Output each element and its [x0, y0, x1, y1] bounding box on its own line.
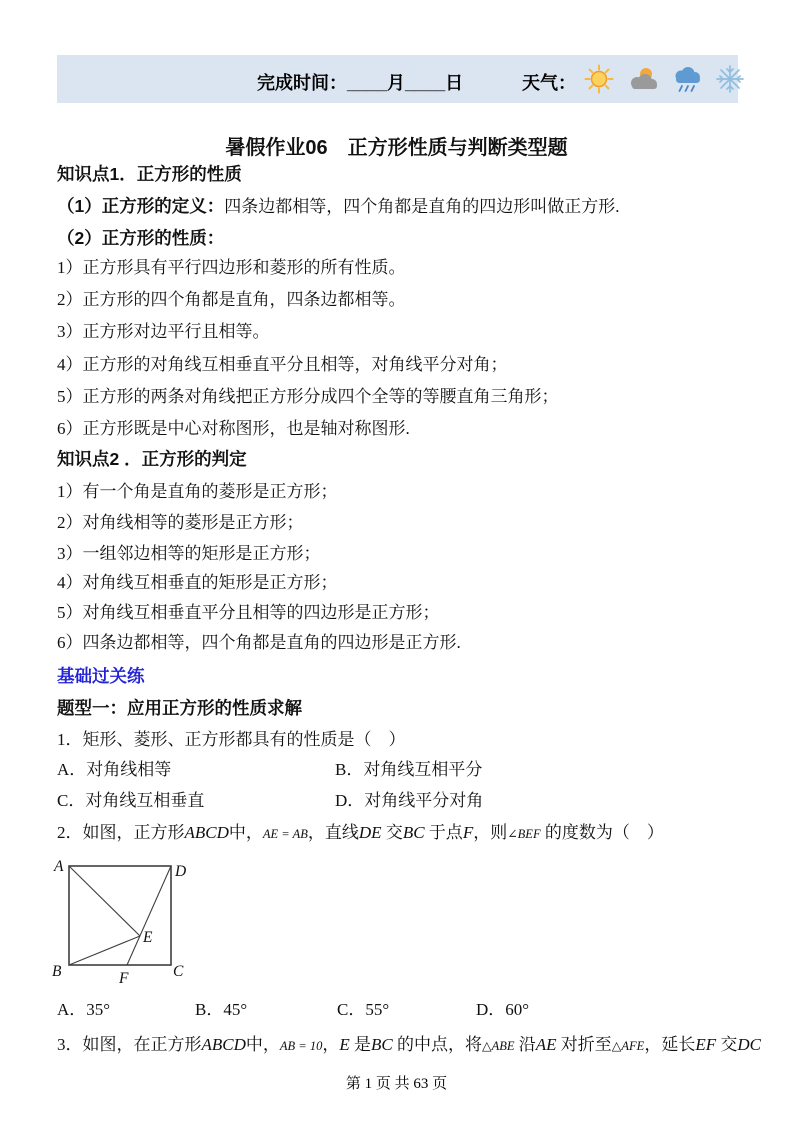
option-c: C．对角线互相垂直 — [57, 791, 204, 811]
property-item: 1）正方形具有平行四边形和菱形的所有性质。 — [57, 258, 406, 278]
definition-text: 四条边都相等，四个角都是直角的四边形叫做正方形. — [224, 197, 619, 216]
property-item: 3）正方形对边平行且相等。 — [57, 322, 270, 342]
weather-label: 天气： — [522, 69, 576, 95]
question2-options-row: A．35° B．45° C．55° D．60° — [57, 1000, 737, 1120]
figure-label-e: E — [142, 929, 153, 946]
judgement-item: 2）对角线相等的菱形是正方形； — [57, 513, 304, 533]
sun-icon — [584, 64, 614, 94]
definition-label: （1）正方形的定义： — [57, 196, 224, 216]
page-title: 暑假作业06 正方形性质与判断类型题 — [0, 131, 793, 160]
properties-label: （2）正方形的性质： — [57, 228, 224, 248]
option-a: A．对角线相等 — [57, 760, 171, 780]
sun-behind-cloud-icon — [627, 64, 659, 94]
completion-time-label: 完成时间：____月____日 — [257, 69, 463, 95]
worksheet-page: 完成时间：____月____日 天气： — [0, 0, 793, 1122]
judgement-item: 5）对角线互相垂直平分且相等的四边形是正方形； — [57, 603, 440, 623]
square-definition-line: （1）正方形的定义：四条边都相等，四个角都是直角的四边形叫做正方形. — [57, 196, 619, 217]
snowflake-icon — [715, 64, 745, 94]
figure-label-f: F — [118, 970, 129, 987]
knowledge1-heading: 知识点1．正方形的性质 — [57, 164, 242, 184]
question2-stem: 2．如图，正方形ABCD中，AE = AB，直线DE 交BC 于点F，则∠BEF… — [57, 823, 664, 844]
property-item: 2）正方形的四个角都是直角，四条边都相等。 — [57, 290, 406, 310]
question-type-heading: 题型一：应用正方形的性质求解 — [57, 698, 302, 718]
question3-stem: 3．如图，在正方形ABCD中，AB = 10，E 是BC 的中点，将△ABE 沿… — [57, 1035, 761, 1056]
option-b: B．45° — [195, 1000, 247, 1020]
judgement-item: 1）有一个角是直角的菱形是正方形； — [57, 482, 338, 502]
weather-icons — [584, 64, 745, 94]
judgement-item: 4）对角线互相垂直的矩形是正方形； — [57, 573, 338, 593]
figure-label-c: C — [173, 963, 184, 980]
option-d: D．对角线平分对角 — [335, 791, 483, 811]
option-b: B．对角线互相平分 — [335, 760, 482, 780]
property-item: 5）正方形的两条对角线把正方形分成四个全等的等腰直角三角形； — [57, 387, 559, 407]
property-item: 6）正方形既是中心对称图形，也是轴对称图形. — [57, 419, 410, 439]
option-c: C．55° — [337, 1000, 389, 1020]
rain-cloud-icon — [672, 64, 702, 94]
option-a: A．35° — [57, 1000, 110, 1020]
header-bar: 完成时间：____月____日 天气： — [57, 55, 738, 103]
question1-stem: 1．矩形、菱形、正方形都具有的性质是（ ） — [57, 730, 406, 750]
figure-label-a: A — [53, 858, 64, 875]
figure-label-d: D — [174, 863, 186, 880]
square-abcd-figure: A D B C E F — [50, 852, 200, 994]
judgement-item: 3）一组邻边相等的矩形是正方形； — [57, 544, 321, 564]
property-item: 4）正方形的对角线互相垂直平分且相等，对角线平分对角； — [57, 355, 508, 375]
section-basic-practice: 基础过关练 — [57, 666, 145, 686]
knowledge2-heading: 知识点2 ．正方形的判定 — [57, 449, 247, 469]
page-number: 第 1 页 共 63 页 — [0, 1072, 793, 1093]
figure-label-b: B — [52, 963, 62, 980]
option-d: D．60° — [476, 1000, 529, 1020]
judgement-item: 6）四条边都相等，四个角都是直角的四边形是正方形. — [57, 633, 461, 653]
